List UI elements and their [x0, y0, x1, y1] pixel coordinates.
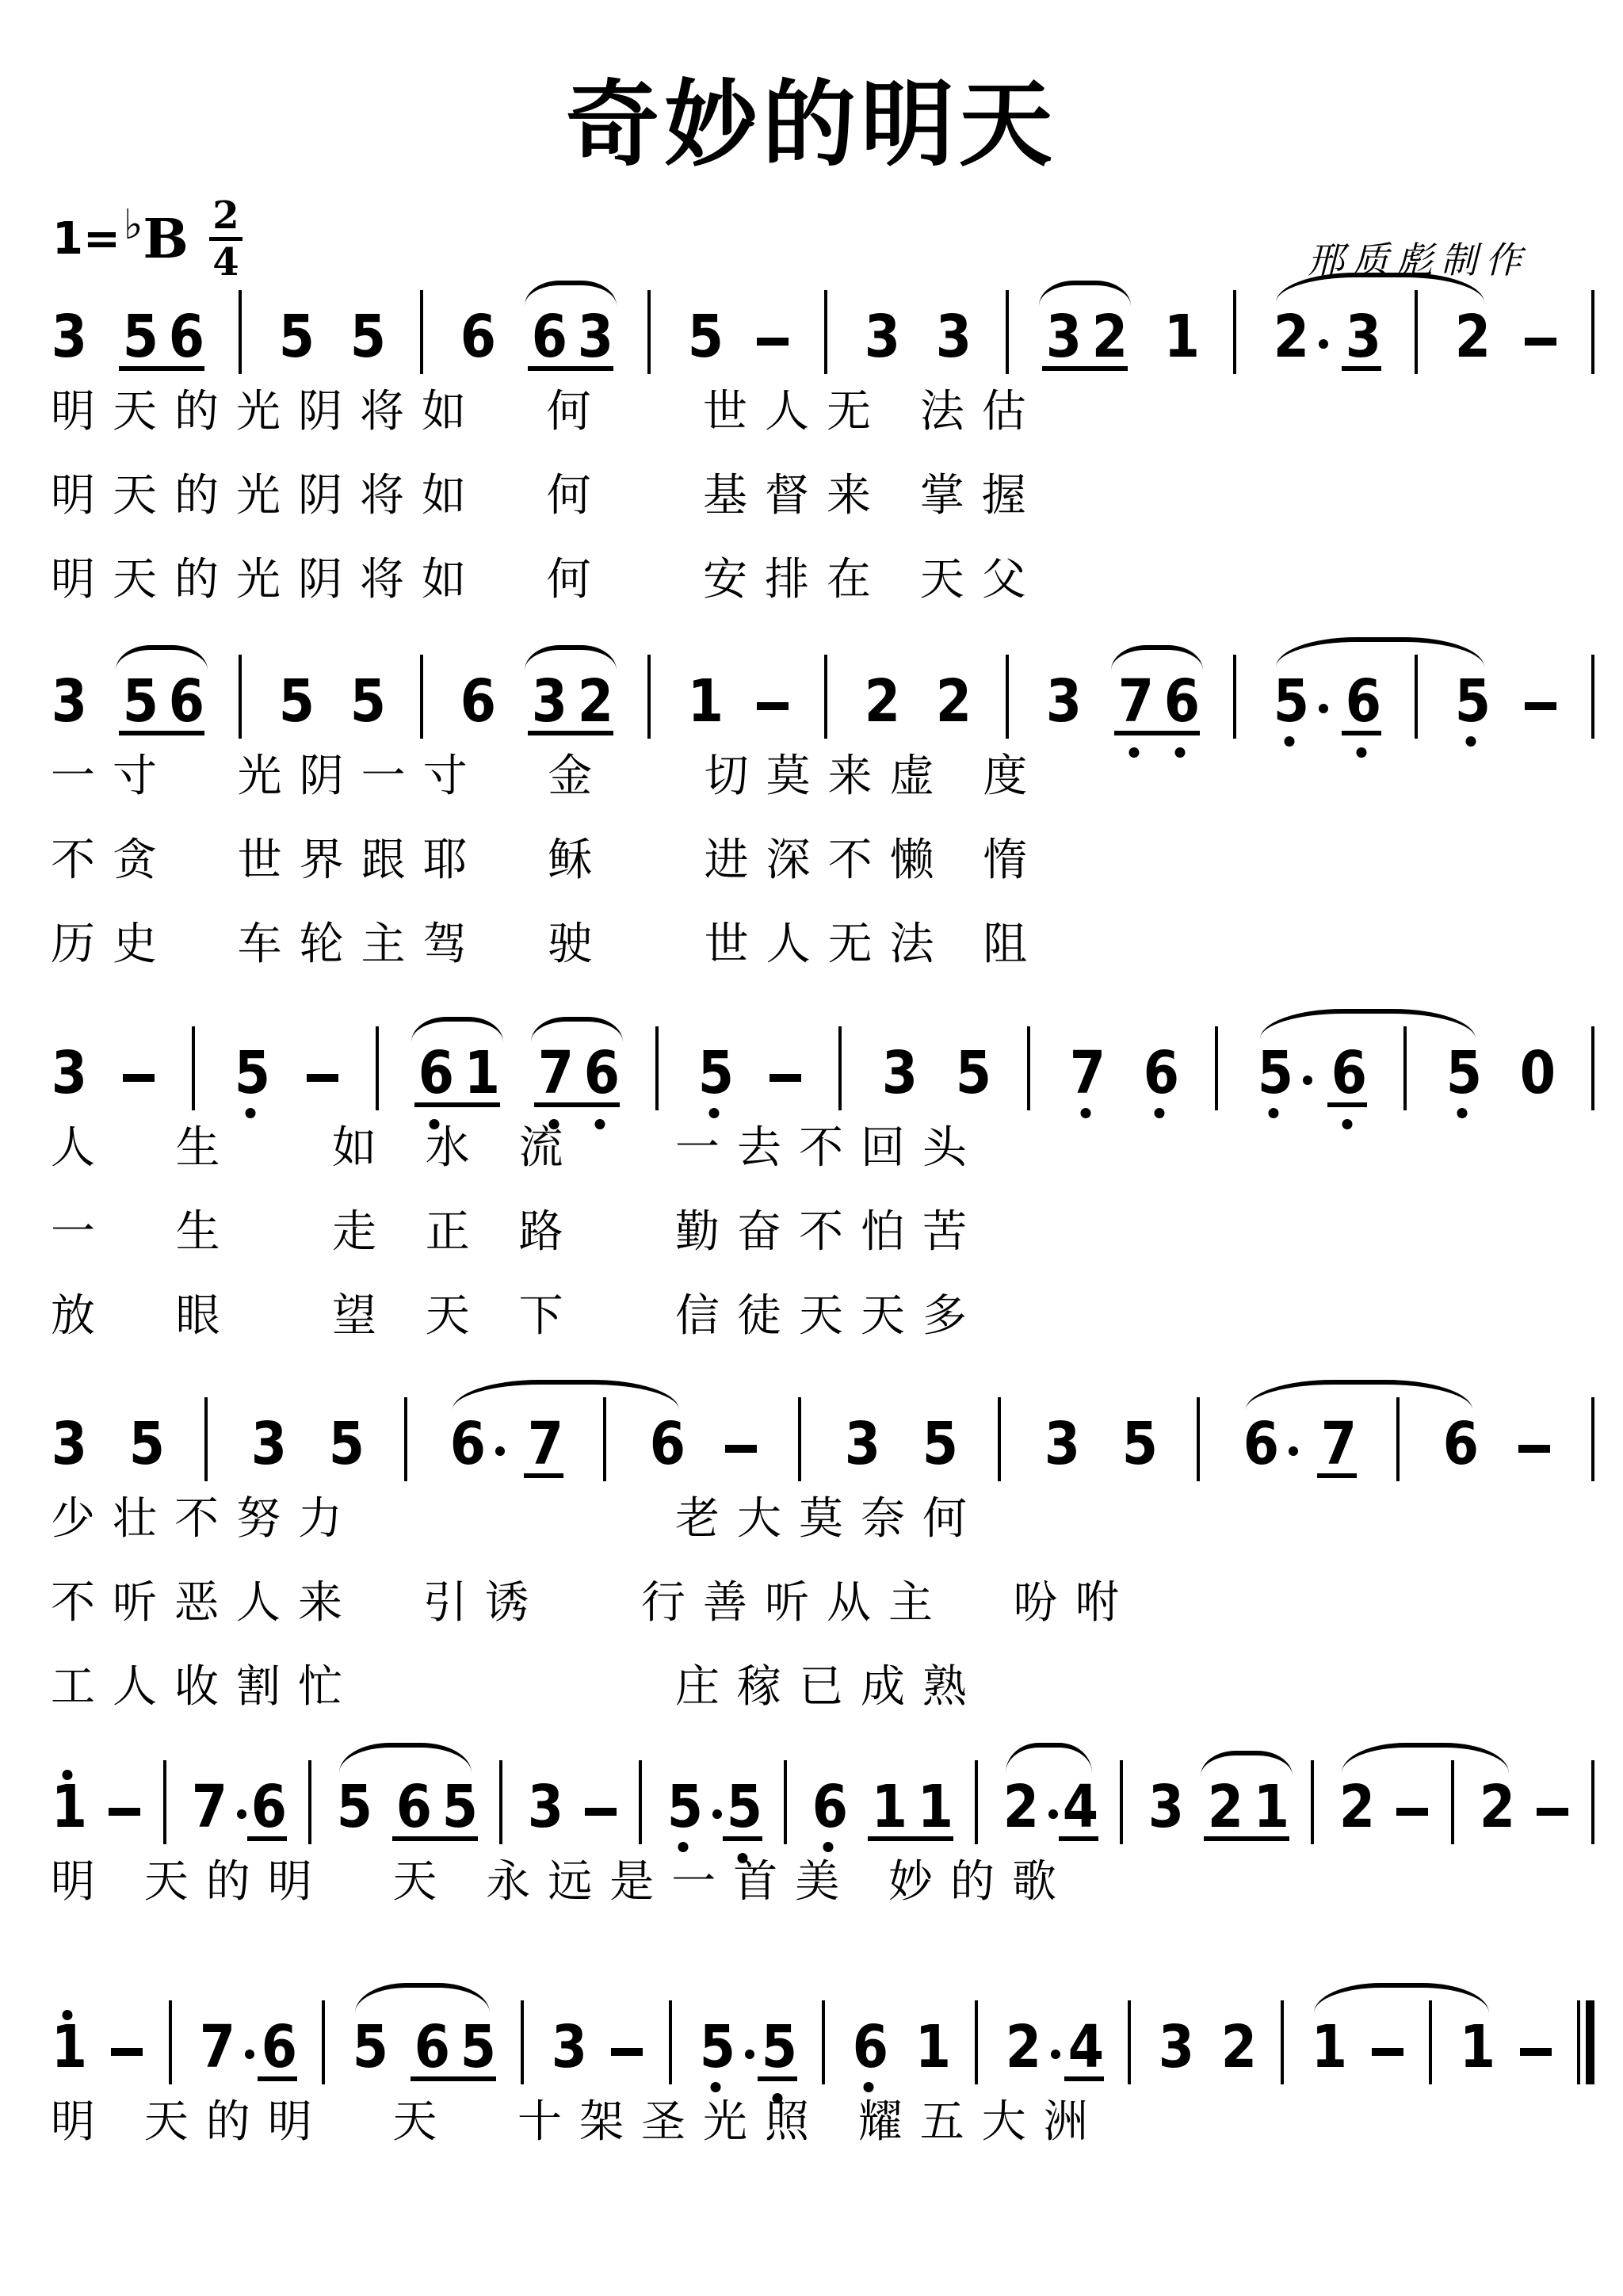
barline	[1311, 1760, 1314, 1844]
note-digit: 3	[1345, 312, 1377, 361]
flat-icon: ♭	[124, 204, 143, 246]
note: 2	[1090, 312, 1126, 361]
note: 6	[259, 2023, 296, 2072]
note-digit: 3	[527, 1782, 559, 1832]
note: 5	[120, 677, 157, 726]
note-digit: 2	[1479, 1782, 1510, 1832]
slur	[1246, 1380, 1472, 1410]
note: 3	[1146, 1782, 1182, 1832]
barline	[998, 1397, 1001, 1481]
dash-continuation	[123, 1074, 155, 1082]
note-digit: 3	[1046, 677, 1078, 726]
note-digit: 3	[865, 312, 896, 361]
note: 5	[1271, 677, 1308, 726]
lyric-row: 少壮不努力 老大莫奈何	[51, 1492, 984, 1546]
note-digit: 3	[578, 312, 609, 361]
dash-continuation	[1537, 1808, 1568, 1816]
barline	[669, 2000, 672, 2084]
dash-continuation	[611, 2048, 643, 2056]
note: 3	[934, 312, 970, 361]
note-digit: 6	[1243, 1419, 1275, 1469]
note-digit: 5	[328, 1419, 360, 1469]
note-digit: 7	[192, 1782, 223, 1832]
barline	[1591, 290, 1594, 374]
eighth-underline	[1342, 366, 1381, 371]
barline	[376, 1026, 379, 1110]
dash-continuation	[1372, 2048, 1403, 2056]
beam-group: 61	[416, 1049, 498, 1098]
barline	[192, 1026, 195, 1110]
note-digit: 0	[1520, 1049, 1552, 1098]
octave-dot-below	[1342, 1119, 1353, 1129]
note-digit: 3	[845, 1419, 876, 1469]
barline	[1591, 1026, 1594, 1110]
slur	[1260, 1009, 1476, 1039]
note: 3	[1343, 312, 1380, 361]
barline	[647, 655, 651, 739]
lyric-row: 放 眼 望 天 下 信徒天天多	[51, 1289, 984, 1343]
augmentation-dot	[1051, 2050, 1060, 2059]
note-digit: 6	[262, 2023, 293, 2072]
octave-dot-below	[823, 1842, 834, 1852]
slur	[1276, 273, 1484, 303]
note-digit: 7	[528, 1419, 559, 1469]
lyric-row: 明 天的明 天 十架圣光照 耀五大洲	[51, 2095, 1106, 2149]
note: 2	[1003, 2023, 1040, 2072]
tonic-label: 1=	[52, 213, 120, 265]
note: 7	[1067, 1049, 1104, 1098]
note-digit: 5	[700, 2023, 731, 2072]
dash-continuation	[111, 2048, 143, 2056]
octave-dot-below	[1356, 747, 1366, 758]
notes-row: 17656535561243211	[49, 1980, 1594, 2091]
barline	[204, 1397, 208, 1481]
note: 1	[869, 1782, 906, 1832]
note: 1	[913, 2023, 949, 2072]
beam-group: 76	[536, 1049, 618, 1098]
note-digit: 1	[1163, 312, 1195, 361]
note-digit: 6	[1144, 1049, 1175, 1098]
note: 1	[685, 677, 722, 726]
note-digit: 5	[123, 677, 155, 726]
barline	[1591, 655, 1594, 739]
barline	[975, 1760, 978, 1844]
barline	[420, 290, 423, 374]
note: 5	[696, 1049, 732, 1098]
note: 6	[850, 2023, 887, 2072]
note-digit: 5	[667, 1782, 699, 1832]
note: 5	[685, 312, 722, 361]
note-digit: 6	[414, 2023, 446, 2072]
barline	[163, 1760, 166, 1844]
note: 6	[458, 677, 495, 726]
notes-row: 35655632122376565	[49, 634, 1594, 745]
beam-group: 63	[529, 312, 612, 361]
note: 6	[529, 312, 566, 361]
lyric-row: 明天的光阴将如 何 基督来 掌握	[51, 469, 1044, 523]
note: 2	[1337, 1782, 1373, 1832]
note-digit: 2	[1274, 312, 1305, 361]
barline	[521, 2000, 524, 2084]
note: 5	[277, 677, 313, 726]
barline	[1233, 655, 1236, 739]
note: 3	[862, 312, 899, 361]
dash-continuation	[1518, 1445, 1550, 1453]
slur	[1111, 645, 1203, 670]
note-digit: 7	[1321, 1419, 1353, 1469]
note: 6	[1441, 1419, 1477, 1469]
barline	[169, 2000, 172, 2084]
note: 6	[412, 2023, 449, 2072]
notes-row: 356176535765650	[49, 1006, 1594, 1117]
note: 3	[1042, 1419, 1079, 1469]
octave-dot-above	[63, 1770, 73, 1780]
barline	[975, 2000, 978, 2084]
barline	[1197, 1397, 1200, 1481]
note-digit: 2	[1455, 312, 1487, 361]
note: 1	[462, 1049, 498, 1098]
note: 6	[582, 1049, 618, 1098]
note-digit: 3	[52, 1049, 83, 1098]
note-digit: 5	[727, 1782, 758, 1832]
barline	[1233, 290, 1236, 374]
octave-dot-below	[1174, 747, 1185, 758]
barline	[838, 1026, 842, 1110]
note-digit: 6	[532, 312, 563, 361]
note: 5	[348, 677, 384, 726]
note: 3	[249, 1419, 285, 1469]
slur	[411, 1017, 503, 1042]
eighth-underline	[258, 2076, 297, 2081]
note-digit: 7	[1070, 1049, 1102, 1098]
beam-group: 32	[1044, 312, 1126, 361]
eighth-underline	[528, 366, 613, 371]
note: 6	[810, 1782, 846, 1832]
barline	[239, 290, 242, 374]
note: 3	[49, 677, 86, 726]
note: 6	[647, 1419, 684, 1469]
note: 5	[120, 312, 157, 361]
note: 7	[525, 1419, 562, 1469]
note: 5	[458, 2023, 495, 2072]
note: 1	[915, 1782, 952, 1832]
note-digit: 5	[955, 1049, 987, 1098]
note-digit: 2	[1006, 2023, 1037, 2072]
note: 5	[348, 312, 384, 361]
note-digit: 5	[129, 1419, 161, 1469]
dash-continuation	[757, 338, 789, 346]
note-digit: 5	[279, 312, 311, 361]
eighth-underline	[119, 366, 204, 371]
note: 5	[327, 1419, 363, 1469]
note-digit: 6	[853, 2023, 884, 2072]
note: 1	[49, 2023, 86, 2072]
barline	[784, 1760, 787, 1844]
eighth-underline	[1042, 366, 1128, 371]
note: 2	[575, 677, 612, 726]
lyric-row: 工人收割忙 庄稼已成熟	[51, 1660, 984, 1714]
beam-group: 76	[1116, 677, 1198, 726]
augmentation-dot	[712, 1809, 722, 1819]
note: 3	[575, 312, 612, 361]
note-digit: 5	[1274, 677, 1305, 726]
song-title: 奇妙的明天	[0, 49, 1623, 184]
note-digit: 3	[1159, 2023, 1190, 2072]
dash-continuation	[585, 1808, 617, 1816]
octave-dot-below	[864, 2082, 874, 2092]
note: 2	[1205, 1782, 1242, 1832]
barline	[1591, 1760, 1594, 1844]
note-digit: 6	[1443, 1419, 1475, 1469]
note-digit: 5	[762, 2023, 793, 2072]
note: 7	[197, 2023, 234, 2072]
note: 3	[880, 1049, 916, 1098]
note: 6	[394, 1782, 430, 1832]
note: 5	[665, 1782, 701, 1832]
note-digit: 5	[1445, 1049, 1477, 1098]
note: 7	[189, 1782, 226, 1832]
barline	[1591, 1397, 1594, 1481]
dash-continuation	[307, 1074, 338, 1082]
note: 7	[1116, 677, 1152, 726]
notes-row: 35356763535676	[49, 1377, 1594, 1488]
dash-continuation	[1525, 338, 1556, 346]
note: 3	[549, 2023, 586, 2072]
note-digit: 2	[1003, 1782, 1035, 1832]
note-digit: 6	[1331, 1049, 1363, 1098]
slur	[453, 1380, 679, 1410]
music-system: 17656535561243211明 天的明 天 十架圣光照 耀五大洲	[49, 1980, 1594, 2091]
note-digit: 2	[1092, 312, 1124, 361]
note-digit: 7	[200, 2023, 231, 2072]
lyric-row: 明天的光阴将如 何 安排在 天父	[51, 553, 1044, 607]
beam-group: 56	[120, 312, 203, 361]
note-digit: 3	[936, 312, 968, 361]
note-digit: 7	[538, 1049, 570, 1098]
slur	[525, 645, 617, 670]
barline	[1215, 1026, 1218, 1110]
note: 6	[1141, 1049, 1178, 1098]
note-digit: 5	[235, 1049, 266, 1098]
note-digit: 5	[350, 312, 382, 361]
barline	[420, 655, 423, 739]
note-digit: 5	[350, 677, 382, 726]
note-digit: 5	[1258, 1049, 1289, 1098]
octave-dot-below	[1269, 1108, 1279, 1118]
barline	[1006, 655, 1009, 739]
note-digit: 1	[918, 1782, 949, 1832]
note-digit: 1	[1254, 1782, 1285, 1832]
slur	[1342, 1743, 1509, 1773]
eighth-underline	[392, 1836, 478, 1841]
note: 2	[862, 677, 899, 726]
slur	[116, 645, 208, 670]
note-digit: 5	[1121, 1419, 1153, 1469]
note: 6	[166, 677, 203, 726]
octave-dot-above	[63, 2010, 73, 2020]
note: 4	[1060, 1782, 1097, 1832]
dash-continuation	[757, 702, 789, 710]
barline	[239, 655, 242, 739]
note: 1	[49, 1782, 86, 1832]
music-system: 35655663533321232明天的光阴将如 何 世人无 法估明天的光阴将如…	[49, 269, 1594, 380]
note-digit: 3	[52, 312, 83, 361]
slur	[525, 281, 617, 306]
note-digit: 3	[532, 677, 563, 726]
augmentation-dot	[1319, 339, 1328, 349]
dash-continuation	[1520, 2048, 1552, 2056]
octave-dot-below	[709, 1108, 720, 1118]
note: 6	[249, 1782, 285, 1832]
eighth-underline	[411, 2076, 496, 2081]
barline	[824, 655, 827, 739]
key-letter: B	[143, 212, 188, 266]
eighth-underline	[723, 1836, 762, 1841]
note: 5	[1120, 1419, 1156, 1469]
note: 6	[416, 1049, 453, 1098]
octave-dot-below	[1466, 736, 1476, 747]
dash-continuation	[1525, 702, 1556, 710]
lyric-row: 不贪 世界跟耶 稣 进深不懒 惰	[51, 834, 1044, 888]
eighth-underline	[534, 1102, 620, 1107]
beam-group: 65	[394, 1782, 476, 1832]
note-digit: 6	[395, 1782, 427, 1832]
note-digit: 2	[936, 677, 968, 726]
note: 6	[166, 312, 203, 361]
note-digit: 6	[1345, 677, 1377, 726]
note: 5	[277, 312, 313, 361]
note: 2	[1001, 1782, 1037, 1832]
note: 6	[1241, 1419, 1277, 1469]
note: 5	[1444, 1049, 1480, 1098]
note-digit: 3	[52, 677, 83, 726]
barline	[639, 1760, 642, 1844]
note: 5	[953, 1049, 990, 1098]
note: 4	[1066, 2023, 1102, 2072]
note-digit: 1	[1460, 2023, 1491, 2072]
notes-row: 35655663533321232	[49, 269, 1594, 380]
note-digit: 3	[1046, 312, 1078, 361]
slur	[1201, 1751, 1293, 1776]
note: 0	[1518, 1049, 1554, 1098]
note-digit: 1	[52, 2023, 83, 2072]
barline	[647, 290, 651, 374]
note: 5	[697, 2023, 734, 2072]
final-bar-thick	[1586, 2000, 1594, 2084]
slur	[1039, 281, 1131, 306]
barline	[798, 1397, 801, 1481]
note: 2	[1271, 312, 1308, 361]
meter-numerator: 2	[212, 197, 239, 235]
note-digit: 6	[1163, 677, 1195, 726]
eighth-underline	[247, 1836, 287, 1841]
slur	[339, 1743, 472, 1773]
note: 6	[1329, 1049, 1365, 1098]
beam-group: 11	[869, 1782, 952, 1832]
note-digit: 3	[552, 2023, 583, 2072]
note-digit: 5	[1455, 677, 1487, 726]
eighth-underline	[1204, 1836, 1289, 1841]
note-digit: 1	[872, 1782, 903, 1832]
note-digit: 2	[578, 677, 609, 726]
beam-group: 32	[529, 677, 612, 726]
octave-dot-below	[1128, 747, 1139, 758]
note-digit: 7	[1117, 677, 1149, 726]
augmentation-dot	[1289, 1446, 1298, 1456]
octave-dot-below	[678, 1842, 689, 1852]
music-system: 35655632122376565一寸 光阴一寸 金 切莫来虚 度不贪 世界跟耶…	[49, 634, 1594, 745]
barline	[499, 1760, 502, 1844]
augmentation-dot	[745, 2050, 754, 2059]
note: 3	[49, 1419, 86, 1469]
note: 1	[1162, 312, 1198, 361]
key-signature: 1= ♭ B 2 4	[52, 197, 242, 281]
sheet-music-page: 奇妙的明天 1= ♭ B 2 4 邢质彪制作 35655663533321232…	[0, 0, 1623, 2296]
music-system: 35356763535676少壮不努力 老大莫奈何不听恶人来 引诱 行善听从主 …	[49, 1377, 1594, 1488]
note-digit: 3	[52, 1419, 83, 1469]
barline	[822, 2000, 825, 2084]
dash-continuation	[1396, 1808, 1428, 1816]
barline	[1281, 2000, 1284, 2084]
barline	[1006, 290, 1009, 374]
eighth-underline	[1064, 2076, 1104, 2081]
note: 6	[1162, 677, 1198, 726]
lyric-row: 一寸 光阴一寸 金 切莫来虚 度	[51, 750, 1044, 804]
note-digit: 1	[915, 2023, 946, 2072]
note: 1	[1251, 1782, 1288, 1832]
note-digit: 5	[922, 1419, 954, 1469]
time-signature: 2 4	[209, 197, 242, 281]
barline	[1120, 1760, 1123, 1844]
note: 3	[49, 1049, 86, 1098]
lyric-row: 人 生 如 水 流 一去不回头	[51, 1121, 984, 1175]
octave-dot-below	[246, 1108, 256, 1118]
barline	[322, 2000, 325, 2084]
note-digit: 6	[584, 1049, 616, 1098]
note: 5	[232, 1049, 269, 1098]
note-digit: 5	[460, 2023, 492, 2072]
note-digit: 6	[418, 1049, 450, 1098]
lyric-row: 一 生 走 正 路 勤奋不怕苦	[51, 1205, 984, 1259]
note-digit: 2	[1220, 2023, 1252, 2072]
lyric-row: 明天的光阴将如 何 世人无 法估	[51, 385, 1044, 439]
dash-continuation	[725, 1445, 757, 1453]
note-digit: 5	[123, 312, 155, 361]
dash-continuation	[109, 1808, 140, 1816]
barline	[1128, 2000, 1131, 2084]
note: 5	[759, 2023, 796, 2072]
augmentation-dot	[1048, 1809, 1058, 1819]
note-digit: 2	[1208, 1782, 1239, 1832]
note: 6	[458, 312, 495, 361]
eighth-underline	[119, 731, 204, 735]
note-digit: 6	[812, 1782, 844, 1832]
note: 3	[529, 677, 566, 726]
final-barline	[1577, 2000, 1594, 2084]
note: 5	[1255, 1049, 1292, 1098]
note-digit: 2	[865, 677, 896, 726]
barline	[655, 1026, 659, 1110]
lyric-row: 不听恶人来 引诱 行善听从主 吩咐	[51, 1576, 1137, 1630]
note: 5	[350, 2023, 387, 2072]
note: 3	[49, 312, 86, 361]
eighth-underline	[1327, 1102, 1367, 1107]
note-digit: 3	[881, 1049, 913, 1098]
note: 5	[920, 1419, 957, 1469]
music-system: 356176535765650人 生 如 水 流 一去不回头一 生 走 正 路 …	[49, 1006, 1594, 1117]
note: 3	[1044, 677, 1080, 726]
note: 2	[1453, 312, 1489, 361]
